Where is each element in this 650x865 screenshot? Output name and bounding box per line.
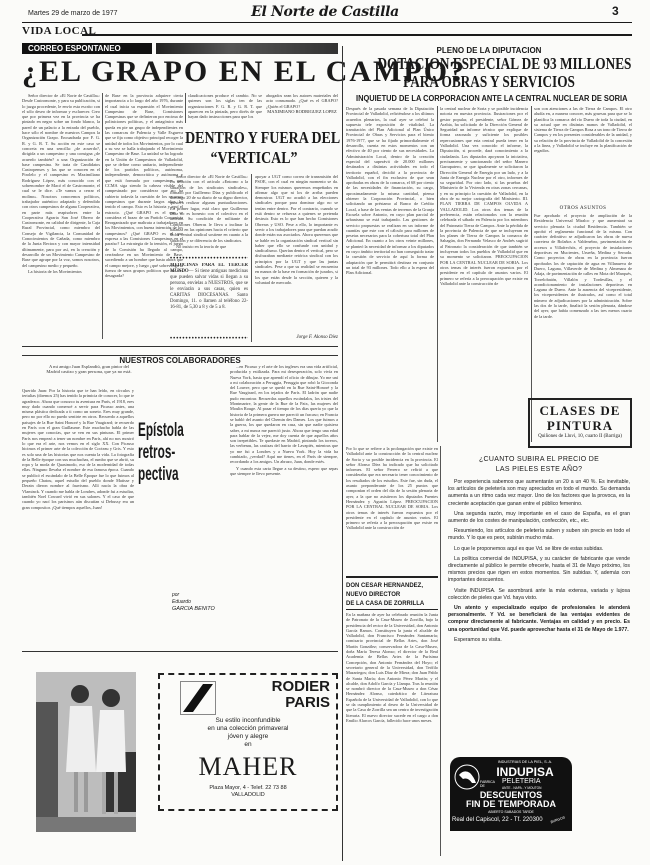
ad-body: Por experiencia sabemos que aumentarán u… [448,479,630,749]
photo-two-women [36,672,136,832]
section-nuestros-colaboradores: NUESTROS COLABORADORES A mi amigo Juan E… [22,350,338,650]
box-city: BURGOS [550,814,570,825]
notice-border-top: •••••••••••••••••••••••••••••• [170,256,248,262]
box-hours: ABIERTO SABADOS TARDE [450,810,572,814]
article-signature: MAXIMIANO RODRIGUEZ LOPEZ [266,109,338,114]
column-rule [251,174,252,342]
colaboradores-col-2: ...en Picasso y el arte de los ingleses … [230,364,338,638]
article-text: En la mañana de ayer ha celebrado reunió… [346,612,438,857]
column-rule [531,106,532,442]
newspaper-title: El Norte de Castilla [0,4,650,20]
title-line-3: pectiva [138,464,188,486]
subhead-otros-asuntos: OTROS ASUNTOS [534,206,632,211]
headline-line-2: “VERTICAL” [185,148,323,168]
box-brand: INDUPISA [480,765,570,779]
headline: DON CESAR HERNANDEZ, NUEVO DIRECTOR DE L… [346,582,438,610]
indupisa-logo-box: INDUSTRIAS DE LA PIEL, S. A. INDUPISA FA… [450,757,572,831]
headline-line-2: PARA OBRAS Y SERVICIOS [377,73,600,91]
notice-medicinas: MEDICINAS PARA EL TERCER MUNDO— Si tiene… [170,263,248,335]
section-rule [82,34,632,36]
kicker-bar: CORREO ESPONTANEO [22,43,152,54]
column-rule [440,446,441,856]
dedication: A mi amigo Juan Esplandiú, gran pintor d… [44,364,134,386]
continued-text: Por lo que se refiere a la prolongación … [346,446,438,576]
article-col-1: Después de la pasada semana de la Diputa… [346,106,434,442]
ferret-icon [454,763,480,791]
article-signature: Jorge F. Alonso Díez [255,335,338,340]
title-line-1: Epístola [138,420,188,442]
rodier-brand: RODIER PARIS [230,679,330,711]
box-fabrica: FABRICA DE [480,780,500,788]
store-address: Plaza Mayor, 4 - Telef. 22 73 88 VALLADO… [160,785,336,798]
ad-paragraph: Resumiendo, los artículos de peletería s… [448,528,630,542]
photo-figures-icon [36,672,136,832]
ad-paragraph: Una segunda razón, muy importante en el … [448,511,630,525]
article-title-epistola: Epístola retros- pectiva [138,420,218,486]
ad-clases-pintura: CLASES DE PINTURA Quiñones de Lluvi, 10,… [528,398,632,448]
ad-title-line-1: CLASES DE [530,403,630,419]
ad-paragraph: Lo que le proponemos aquí es que Vd. se … [448,546,630,553]
box-address: Real del Capiscol, 22 - Tf. 220300 [452,817,552,823]
notice-border-bottom: •••••••••••••••••••••••••••••• [170,336,248,342]
title-line-2: retros- [138,442,188,464]
ad-paragraph: Esperamos su visita. [448,637,630,644]
ad-paragraph: La política comercial de INDUPISA, y su … [448,556,630,585]
kicker-bar-shaded [156,43,338,54]
headline: ¿EL GRAPO EN EL CAMPO? [22,55,342,89]
column-rule [437,106,438,442]
ad-headline-1: ¿CUANTO SUBIRA EL PRECIO DE [446,455,632,465]
section-bottom-rule [22,651,338,652]
column-rule [102,93,103,339]
article-hernandez: Por lo que se refiere a la prolongación … [346,446,438,861]
tagline-4: en [160,741,336,749]
headline-line-1: DOTACION ESPECIAL DE 93 MILLONES [377,55,600,73]
tagline-1: Su estilo inconfundible [160,717,336,725]
brand-line-2: PARIS [230,695,330,711]
article-col-2: la central nuclear de Soria y se posible… [440,106,528,442]
section-title: NUESTROS COLABORADORES [115,356,244,365]
ad-indupisa: ¿CUANTO SUBIRA EL PRECIO DE LAS PIELES E… [446,455,632,855]
ad-address: Quiñones de Lluvi, 10, cuarto II (Barrig… [534,434,626,440]
box-company: INDUSTRIAS DE LA PIEL, S. A. [480,760,570,764]
section-top-rule [22,346,338,347]
headline-line-1: DON CESAR HERNANDEZ, [346,582,438,591]
ad-paragraph: Visite INDUPISA. Se asombrará ante la má… [448,588,630,602]
article-col-1: Señor director de «El Norte de Castilla»… [22,93,100,339]
ad-headline: ¿CUANTO SUBIRA EL PRECIO DE LAS PIELES E… [446,455,632,475]
masthead-rule [22,22,632,23]
column-rule [185,93,186,123]
article-col-3b: Fue aprobado el proyecto de ampliación d… [534,213,632,393]
headline-line-3: DE LA CASA DE ZORRILLA [346,600,438,610]
headline-line-1: DENTRO Y FUERA DEL [185,128,323,148]
article-col-1: Señor director de «El Norte de Castilla»… [170,174,248,252]
store-city: VALLADOLID [160,792,336,799]
ad-paragraph: Un atento y especializado equipo de prof… [448,605,630,634]
ad-paragraph: Por experiencia sabemos que aumentarán u… [448,479,630,508]
ad-title-line-2: PINTURA [530,418,630,434]
ad-tagline: Su estilo inconfundible en una colección… [160,717,336,749]
divider [346,576,438,578]
article-col-3: claudicaciones produce el cambio. No se … [188,93,262,123]
tagline-3: jóven y alegre [160,733,336,741]
colaboradores-col-1: Querido Juan: Por la historia que te han… [22,388,134,638]
box-discount-2: FIN DE TEMPORADA [450,800,572,809]
headline-line-2: NUEVO DIRECTOR [346,591,438,600]
article-vertical: DENTRO Y FUERA DEL “VERTICAL” Señor dire… [170,128,338,343]
box-peleteria: PELETERIA [502,778,562,785]
rodier-logo-icon [180,681,216,715]
kicker-text: CORREO ESPONTANEO [22,43,127,54]
article-col-3: son con atenciones a las de Tierra de Ca… [534,106,632,206]
article-diputacion: PLENO DE LA DIPUTACION DOTACION ESPECIAL… [346,46,632,446]
brand-line-1: RODIER [230,679,330,695]
tagline-2: en una colección primaveral [160,725,336,733]
ad-headline-2: LAS PIELES ESTE AÑO? [446,465,632,475]
article-col-4: abogados sean los autores materiales del… [266,93,338,109]
page-column-rule [342,46,343,861]
slash-logo-icon [181,682,215,714]
ad-rodier-maher: RODIER PARIS Su estilo inconfundible en … [158,673,338,811]
subheadline: INQUIETUD DE LA CORPORACION ANTE LA CENT… [356,94,622,103]
article-col-2: apoyar a UGT como correa de transmisión … [255,174,338,334]
page-number: 3 [612,4,619,18]
store-name: MAHER [160,752,336,782]
